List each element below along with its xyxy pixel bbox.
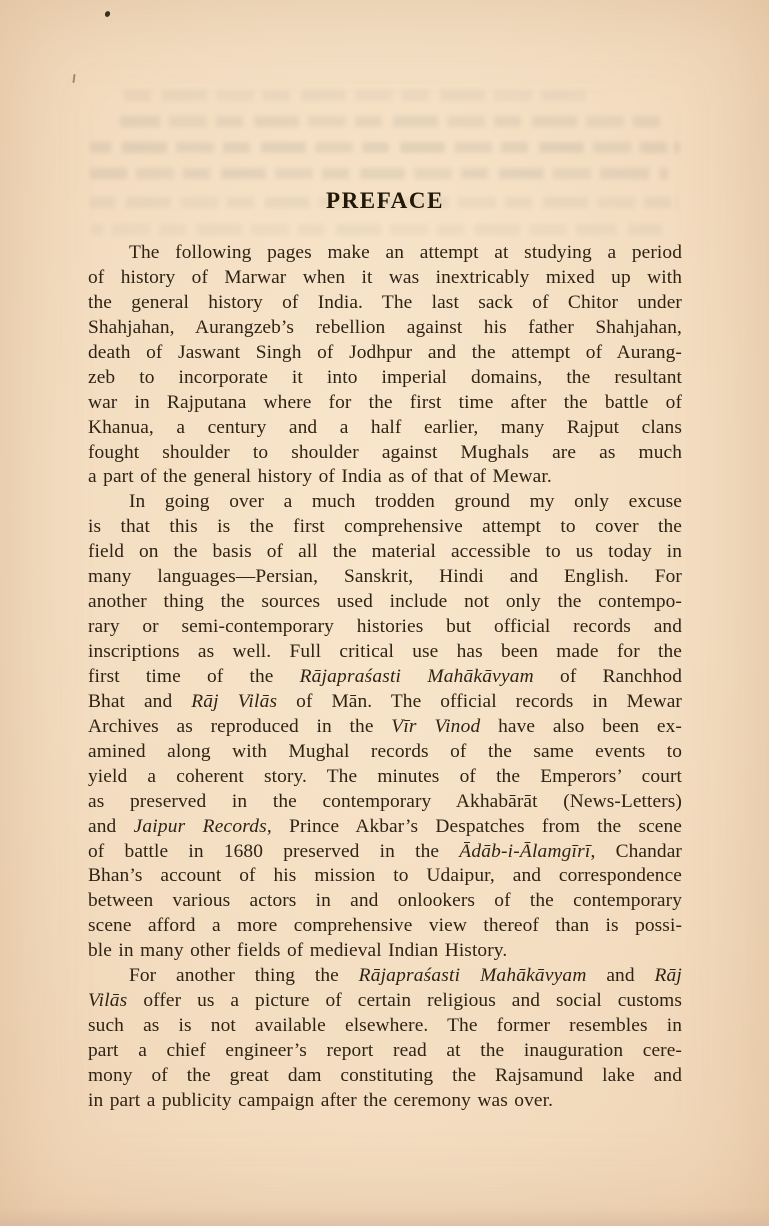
book-page: PREFACE The following pages make an atte… <box>0 0 769 1226</box>
text-line: many languages—Persian, Sanskrit, Hindi … <box>88 565 682 590</box>
text-line: between various actors in and onlookers … <box>88 889 682 914</box>
ink-speck <box>72 74 75 83</box>
text-line: fought shoulder to shoulder against Mugh… <box>88 441 682 466</box>
text-line: Archives as reproduced in the Vīr Vinod … <box>88 715 682 740</box>
text-line: ble in many other fields of medieval Ind… <box>88 939 682 964</box>
text-line: the general history of India. The last s… <box>88 291 682 316</box>
page-title: PREFACE <box>88 188 682 214</box>
bleed-through-line <box>120 90 590 101</box>
text-line: For another thing the Rājapraśasti Mahāk… <box>88 964 682 989</box>
text-line: amined along with Mughal records of the … <box>88 740 682 765</box>
text-line: In going over a much trodden ground my o… <box>88 490 682 515</box>
text-line: of battle in 1680 preserved in the Ādāb-… <box>88 840 682 865</box>
page-bottom-edge <box>0 1208 769 1226</box>
text-line: in part a publicity campaign after the c… <box>88 1089 682 1114</box>
text-line: Vilās offer us a picture of certain reli… <box>88 989 682 1014</box>
ink-speck <box>104 10 111 18</box>
text-line: mony of the great dam constituting the R… <box>88 1064 682 1089</box>
text-line: Bhat and Rāj Vilās of Mān. The official … <box>88 690 682 715</box>
text-line: death of Jaswant Singh of Jodhpur and th… <box>88 341 682 366</box>
bleed-through-line <box>120 116 660 127</box>
text-line: first time of the Rājapraśasti Mahākāvya… <box>88 665 682 690</box>
bleed-through-line <box>90 142 680 153</box>
text-line: a part of the general history of India a… <box>88 465 682 490</box>
text-line: war in Rajputana where for the first tim… <box>88 391 682 416</box>
text-line: such as is not available elsewhere. The … <box>88 1014 682 1039</box>
paragraph: In going over a much trodden ground my o… <box>88 490 682 964</box>
text-line: Bhan’s account of his mission to Udaipur… <box>88 864 682 889</box>
text-line: scene afford a more comprehensive view t… <box>88 914 682 939</box>
text-line: of history of Marwar when it was inextri… <box>88 266 682 291</box>
text-line: Khanua, a century and a half earlier, ma… <box>88 416 682 441</box>
text-line: and Jaipur Records, Prince Akbar’s Despa… <box>88 815 682 840</box>
text-line: another thing the sources used include n… <box>88 590 682 615</box>
text-line: Shahjahan, Aurangzeb’s rebellion against… <box>88 316 682 341</box>
paragraph: The following pages make an attempt at s… <box>88 241 682 490</box>
bleed-through-line <box>92 224 662 235</box>
text-line: zeb to incorporate it into imperial doma… <box>88 366 682 391</box>
text-line: rary or semi-contemporary histories but … <box>88 615 682 640</box>
text-line: part a chief engineer’s report read at t… <box>88 1039 682 1064</box>
bleed-through-line <box>90 168 668 179</box>
preface-text: The following pages make an attempt at s… <box>88 241 682 1114</box>
text-line: The following pages make an attempt at s… <box>88 241 682 266</box>
text-line: yield a coherent story. The minutes of t… <box>88 765 682 790</box>
text-line: inscriptions as well. Full critical use … <box>88 640 682 665</box>
paragraph: For another thing the Rājapraśasti Mahāk… <box>88 964 682 1114</box>
text-line: as preserved in the contemporary Akhabār… <box>88 790 682 815</box>
text-line: field on the basis of all the material a… <box>88 540 682 565</box>
text-line: is that this is the first comprehensive … <box>88 515 682 540</box>
